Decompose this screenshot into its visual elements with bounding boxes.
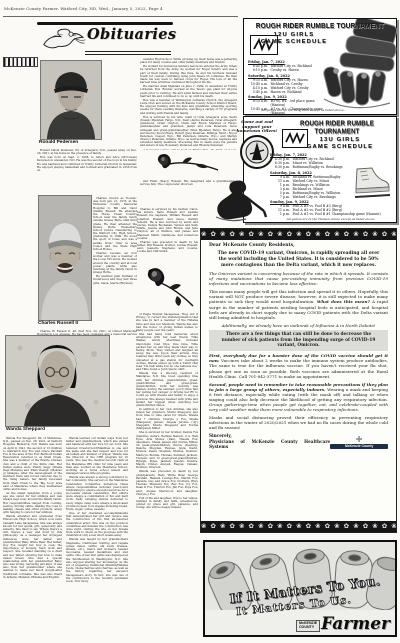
obit-paragraph: He married Jami Durham of Underwood and … (93, 275, 137, 285)
schedule-13u: Friday, Jan. 7, 2022 4:30 p.m.Watford Ci… (270, 152, 392, 216)
letter-text: Group gatherings-time when people get to… (209, 402, 388, 412)
obituaries-banner: Obituaries (37, 22, 173, 57)
letter-body: Dear McKenzie County Residents, The new … (201, 240, 396, 449)
tournament-ad-13u: Come out and support your hometown Oiler… (243, 116, 397, 223)
game-time: 8:15 a.m. (248, 99, 271, 107)
game-time: 8:30 p.m. (270, 165, 293, 169)
obit-paragraph: Wanda Fox Sheppard, 80, of Mandaree, N.D… (3, 437, 62, 491)
obit-paragraph: Wanda was taught by her grandmothers Ste… (66, 538, 128, 583)
schedule-game-row: 5:45 p.m.Hazen vs. Richland (248, 90, 328, 94)
game-matchup: Hazen vs. Richland (271, 90, 329, 94)
schedule-game-row: 7 p.m.Watford City vs. Brookings (270, 195, 392, 199)
game-time: 7 p.m. (270, 195, 293, 199)
game-matchup: #3 vs. #4 - 3rd place game (Hansen) (271, 99, 329, 107)
farmer-brand-name: Farmer (321, 617, 390, 632)
ad-subtitle-13u: 13U GIRLS (284, 137, 396, 143)
obit-wanda-colA: Wanda Fox Sheppard, 80, of Mandaree, N.D… (3, 437, 62, 640)
obit-paragraph: Ron is survived by his wife, Adell of ru… (140, 116, 237, 148)
letter-paragraph: Second, people need to remember to take … (209, 382, 388, 413)
obit-paragraph: He worked for numerous farmers before he… (140, 65, 237, 84)
rose-divider-icon (152, 152, 222, 178)
obit-wanda-colC: of Eagle Woman Sacagawea, They Got it Wr… (136, 313, 198, 640)
tournament-logo-icon (250, 35, 278, 55)
game-matchup: Watford City vs. Brookings (293, 195, 393, 199)
header-rule (3, 16, 238, 17)
healthcare-logo: ✚ McKenzie County (330, 436, 388, 449)
letter-signer: Physicians of McKenzie County Healthcare… (209, 439, 330, 450)
obit-paragraph: Wanda was preceded in death by her grand… (136, 470, 198, 496)
obit-paragraph: Ron was a member of Wilmington Lutheran … (140, 99, 237, 115)
obit-paragraph: of Eagle Woman Sacagawea, They Got it Wr… (136, 313, 198, 332)
letter-paragraph: Masks and social distancing proved their… (209, 415, 388, 430)
letter-influenza-line: Additionally, we already have an outbrea… (209, 323, 388, 328)
newspaper-page: McKenzie County Farmer, Watford City, ND… (0, 0, 400, 643)
dove-icon (39, 27, 87, 54)
page-header-line: McKenzie County Farmer, Watford City, ND… (4, 6, 163, 11)
obituary-name-wanda: Wanda Sheppard (6, 427, 45, 432)
obit-paragraph: Charles became an iron worker and was a … (93, 252, 137, 274)
obit-paragraph: As the eldest daughter, from a young age… (3, 492, 62, 514)
letter-signature-row: Sincerely, Physicians of McKenzie County… (209, 433, 388, 449)
obit-paragraph: Wanda attended and graduated from Elbowo… (3, 515, 62, 579)
rose-divider-icon (141, 266, 197, 310)
ad-subtitle-12u: 12U GIRLS (244, 32, 344, 38)
medical-cross-icon: ✚ (330, 436, 388, 444)
obit-paragraph: She had many fond memories about adventu… (136, 333, 198, 371)
section-title: Obituaries (87, 26, 176, 43)
obit-paragraph: Charles is survived by his mother, Carol… (137, 208, 198, 240)
hockey-player-icon (206, 177, 268, 223)
banner-underline (85, 51, 171, 55)
letter-shaded-box: There are a few things that can still be… (209, 330, 388, 350)
schedule-game-row: 8:30 p.m.Bottineau/Rugby vs. Brookings (270, 165, 392, 169)
obituary-photo-ronald (40, 60, 102, 140)
letter-signature: Sincerely, Physicians of McKenzie County… (209, 433, 330, 449)
letter-salutation: Dear McKenzie County Residents, (209, 243, 388, 249)
floral-border-top: ❀ ✿ ❀ ✿ ❀ ✿ ❀ ✿ ❀ ✿ ❀ ✿ ❀ ✿ ❀ ✿ ❀ ✿ ❀ ✿ … (201, 229, 396, 240)
letter-text: Vaccines take about 2 weeks to make the … (209, 358, 388, 378)
ad-title-12u: ROUGH RIDER RUMBLE TOURNAMENT (244, 22, 396, 30)
ad-tagline: Come out and support your hometown Oiler… (236, 120, 278, 134)
game-time: 8:15 p.m. (248, 68, 271, 72)
game-matchup: Crosby vs. Hazen (271, 68, 329, 72)
letter-paragraph: First, everybody due for a booster dose … (209, 353, 388, 379)
brand-line2: COUNTY (299, 626, 317, 630)
obit-paragraph: Charles, known as 'Pooker,' was born Jan… (93, 197, 137, 251)
obit-ronald-col1: Ronald Calvin Pedersen, 83, of Arnegard,… (37, 149, 137, 192)
obituary-photo-charles (38, 195, 92, 321)
obit-paragraph: One of her cherished accomplishments tha… (66, 512, 128, 538)
schedule-12u: Friday, Jan. 7, 2022 6:45 p.m.Watford Ci… (248, 59, 328, 115)
obit-paragraph: A memorial service will be held on Frida… (140, 149, 237, 150)
obit-ronald-col2: exander High School. While growing up, t… (140, 58, 237, 150)
farmer-house-ad: If It Matters To You. It Matters To Us. … (203, 540, 397, 637)
obit-paragraph: He married Adell Mjelstad on June 7, 196… (140, 85, 237, 98)
obituary-name-ronald: Ronald Pedersen (39, 140, 78, 145)
letter-paragraph: The Omicron variant is concerning becaus… (209, 271, 388, 286)
farmer-brand: McKENZIE COUNTY Farmer (296, 617, 390, 632)
registration-stripe (3, 57, 38, 67)
obit-paragraph: Wanda was a life-long resident of Mandar… (136, 372, 198, 407)
obit-paragraph: Wanda learned our Indian ways from her f… (66, 437, 128, 475)
obit-paragraph: Wanda was always a strong contributor to… (66, 476, 128, 511)
tournament-ad-12u: ROUGH RIDER RUMBLE TOURNAMENT 12U GIRLS … (243, 18, 397, 115)
covid-letter-ad: ❀ ✿ ❀ ✿ ❀ ✿ ❀ ✿ ❀ ✿ ❀ ✿ ❀ ✿ ❀ ✿ ❀ ✿ ❀ ✿ … (200, 228, 397, 533)
obit-charles-colx: Charles is survived by his mother, Carol… (137, 208, 198, 264)
game-time: 5:45 p.m. (248, 90, 271, 94)
healthcare-logo-text: McKenzie County (330, 444, 388, 449)
letter-paragraph: This means many people will get this inf… (209, 289, 388, 320)
obituary-name-charles: Charles Russell II (38, 321, 78, 326)
farmer-brand-county: McKENZIE COUNTY (296, 620, 319, 632)
banner-ribbon (37, 22, 173, 25)
floral-border-bottom: ❀ ✿ ❀ ✿ ❀ ✿ ❀ ✿ ❀ ✿ ❀ ✿ ❀ ✿ ❀ ✿ ❀ ✿ ❀ ✿ … (201, 521, 396, 532)
schedule-game-row: 8:15 a.m.#3 vs. #4 - 3rd place game (Han… (248, 99, 328, 107)
schedule-game-row: 8:15 p.m.Crosby vs. Hazen (248, 68, 328, 72)
obit-paragraph: Ron was born on Sept. 2, 1938, to Anton … (37, 156, 137, 172)
ad-subtitle2-12u: GAME SCHEDULE (244, 39, 344, 45)
obit-paragraph: Charles was preceded in death by his fat… (137, 241, 198, 254)
ad-subtitle2-13u: GAME SCHEDULE (284, 144, 396, 150)
obit-paragraph: In addition to her own children, she als… (136, 408, 198, 430)
obit-charles-sliver: Charles, known as 'Pooker,' was born Jan… (93, 197, 137, 328)
obit-paragraph: Full of life and laughter, true to her v… (136, 497, 198, 510)
ad-note-13u: All games are at the Hansen Arena except… (270, 217, 392, 221)
letter-headline: The new COVID-19 variant, Omicron, is ra… (209, 251, 388, 268)
obituary-photo-wanda (5, 335, 110, 427)
obit-wanda-colB: Wanda learned our Indian ways from her f… (66, 437, 128, 640)
obit-paragraph: She is survived by her brother, Dennis F… (136, 431, 198, 469)
ad-note-12u: All games are on the Berg Rink except as… (248, 108, 358, 112)
game-matchup: Bottineau/Rugby vs. Brookings (293, 165, 393, 169)
